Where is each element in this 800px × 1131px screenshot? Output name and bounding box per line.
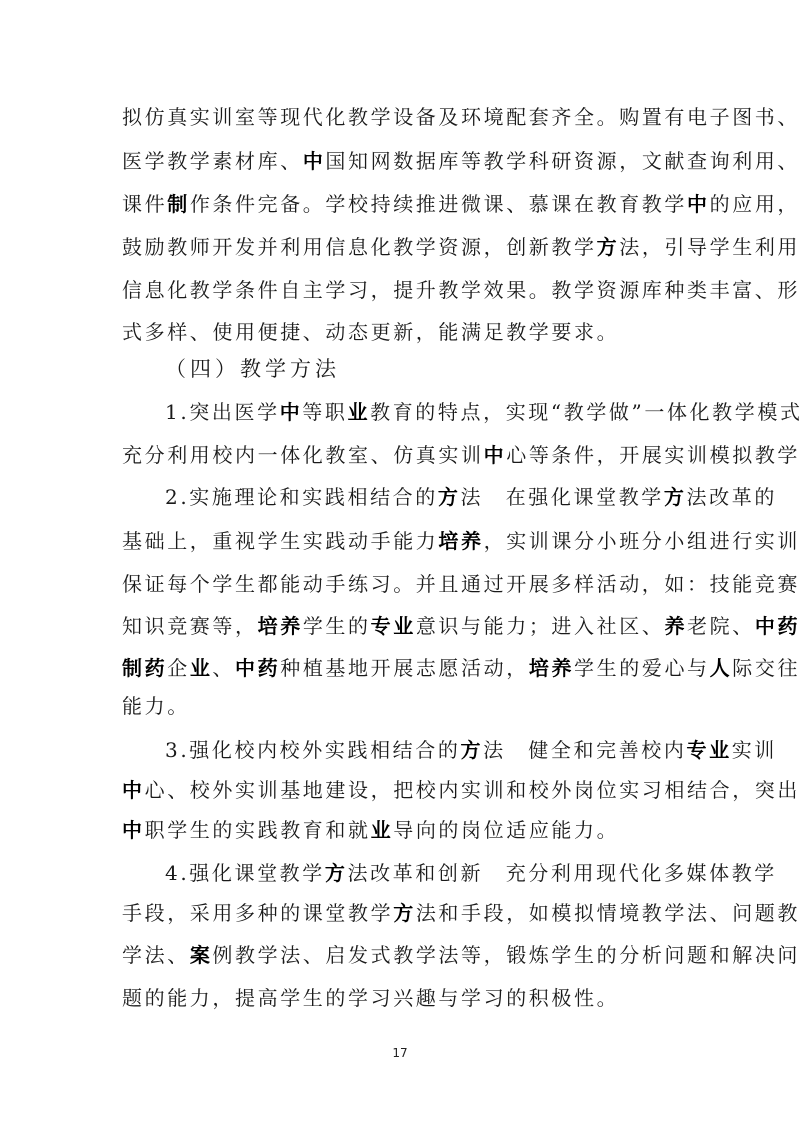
text-segment: ，实训课分小班分小组进行实训， [484,529,800,553]
text-segment: 职学生的实践教育和就 [145,818,371,842]
text-line: 3.强化校内校外实践相结合的方法 健全和完善校内专业实训 [165,735,682,765]
text-segment: 法 健全和完善校内 [483,738,686,762]
text-segment: 拟仿真实训室等现代化教学设备及环境配套齐全。购置有电子图书、 [122,105,800,129]
bold-text: 中 [687,192,710,216]
text-line: 1.突出医学中等职业教育的特点，实现“教学做”一体化教学模式。 [165,397,682,427]
bold-text: 方 [460,738,483,762]
bold-text: 培养 [438,529,483,553]
text-segment: 充分利用校内一体化教室、仿真实训 [122,443,484,467]
text-line: 2.实施理论和实践相结合的方法 在强化课堂教学方法改革的 [165,482,682,512]
text-segment: 教育的特点，实现“教学做”一体化教学模式。 [370,400,800,424]
bold-text: 专业 [687,738,732,762]
text-segment: 学法、 [122,943,190,967]
text-line: 中职学生的实践教育和就业导向的岗位适应能力。 [122,815,682,845]
bold-text: 方 [597,235,620,259]
text-segment: 学生的爱心与 [574,656,710,680]
section-heading: （四）教学方法 [165,353,340,385]
bold-text: 案 [190,943,213,967]
text-segment: 心、校外实训基地建设，把校内实训和校外岗位实习相结合，突出 [145,778,800,802]
text-line: 鼓励教师开发并利用信息化教学资源，创新教学方法，引导学生利用 [122,232,682,262]
text-line: 学法、案例教学法、启发式教学法等，锻炼学生的分析问题和解决问 [122,940,682,970]
bold-text: 中药 [755,614,800,638]
bold-text: 方 [393,901,416,925]
text-segment: 基础上，重视学生实践动手能力 [122,529,438,553]
bold-text: 专业 [371,614,416,638]
text-segment: 保证每个学生都能动手练习。并且通过开展多样活动，如：技能竞赛、 [122,572,800,596]
bold-text: 业 [371,818,394,842]
text-segment: 老院、 [687,614,755,638]
text-segment: 法和手段，如模拟情境教学法、问题教 [416,901,800,925]
bold-text: 制药 [122,656,167,680]
text-segment: 手段，采用多种的课堂教学 [122,901,393,925]
text-line: 手段，采用多种的课堂教学方法和手段，如模拟情境教学法、问题教 [122,898,682,928]
text-segment: 课件 [122,192,167,216]
text-line: 知识竞赛等，培养学生的专业意识与能力；进入社区、养老院、中药 [122,611,682,641]
text-segment: 作条件完备。学校持续推进微课、慕课在教育教学 [190,192,687,216]
text-line: 充分利用校内一体化教室、仿真实训中心等条件，开展实训模拟教学。 [122,440,682,470]
text-segment: 导向的岗位适应能力。 [393,818,619,842]
text-line: 式多样、使用便捷、动态更新，能满足教学要求。 [122,317,682,347]
text-segment: 际交往 [732,656,800,680]
document-page: 拟仿真实训室等现代化教学设备及环境配套齐全。购置有电子图书、医学教学素材库、中国… [0,0,800,1131]
text-segment: 能力。 [122,694,190,718]
bold-text: 养 [664,614,687,638]
text-segment: 法改革和创新 充分利用现代化多媒体教学 [348,861,777,885]
text-line: 拟仿真实训室等现代化教学设备及环境配套齐全。购置有电子图书、 [122,102,682,132]
bold-text: 培养 [258,614,303,638]
text-segment: 知识竞赛等， [122,614,258,638]
text-segment: 鼓励教师开发并利用信息化教学资源，创新教学 [122,235,597,259]
text-segment: 国知网数据库等教学科研资源，文献查询利用、 [325,149,800,173]
bold-text: 中药 [235,656,280,680]
bold-text: 中 [280,400,303,424]
bold-text: 中 [122,778,145,802]
text-segment: 种植基地开展志愿活动， [280,656,529,680]
bold-text: 业 [348,400,371,424]
text-segment: 医学教学素材库、 [122,149,303,173]
text-line: 基础上，重视学生实践动手能力培养，实训课分小班分小组进行实训， [122,526,682,556]
text-line: 能力。 [122,691,682,721]
text-segment: 实训 [732,738,777,762]
text-line: 信息化教学条件自主学习，提升教学效果。教学资源库种类丰富、形 [122,275,682,305]
text-segment: 法 在强化课堂教学 [461,485,664,509]
text-line: 医学教学素材库、中国知网数据库等教学科研资源，文献查询利用、 [122,146,682,176]
text-segment: 学生的 [303,614,371,638]
text-line: 课件制作条件完备。学校持续推进微课、慕课在教育教学中的应用， [122,189,682,219]
text-segment: 式多样、使用便捷、动态更新，能满足教学要求。 [122,320,619,344]
text-segment: 法改革的 [687,485,777,509]
bold-text: 中 [484,443,507,467]
text-segment: 企 [167,656,190,680]
bold-text: 中 [303,149,326,173]
bold-text: 业 [190,656,213,680]
text-line: 制药企业、中药种植基地开展志愿活动，培养学生的爱心与人际交往 [122,653,682,683]
text-segment: 心等条件，开展实训模拟教学。 [506,443,800,467]
text-segment: 意识与能力；进入社区、 [416,614,665,638]
bold-text: 人 [710,656,733,680]
text-line: 保证每个学生都能动手练习。并且通过开展多样活动，如：技能竞赛、 [122,569,682,599]
text-line: 题的能力，提高学生的学习兴趣与学习的积极性。 [122,983,682,1013]
text-segment: 等职 [302,400,347,424]
bold-text: 方 [664,485,687,509]
text-segment: 、 [212,656,235,680]
bold-text: 方 [325,861,348,885]
text-segment: 1.突出医学 [165,400,280,424]
bold-text: 方 [438,485,461,509]
text-segment: 3.强化校内校外实践相结合的 [165,738,460,762]
text-line: 中心、校外实训基地建设，把校内实训和校外岗位实习相结合，突出 [122,775,682,805]
text-segment: 题的能力，提高学生的学习兴趣与学习的积极性。 [122,986,619,1010]
text-segment: 信息化教学条件自主学习，提升教学效果。教学资源库种类丰富、形 [122,278,800,302]
text-segment: 4.强化课堂教学 [165,861,325,885]
bold-text: 制 [167,192,190,216]
page-number: 17 [0,1046,800,1060]
text-segment: 例教学法、启发式教学法等，锻炼学生的分析问题和解决问 [212,943,800,967]
bold-text: 中 [122,818,145,842]
text-line: 4.强化课堂教学方法改革和创新 充分利用现代化多媒体教学 [165,858,682,888]
text-segment: 法，引导学生利用 [619,235,800,259]
text-segment: 2.实施理论和实践相结合的 [165,485,438,509]
text-segment: 的应用， [710,192,800,216]
bold-text: 培养 [529,656,574,680]
